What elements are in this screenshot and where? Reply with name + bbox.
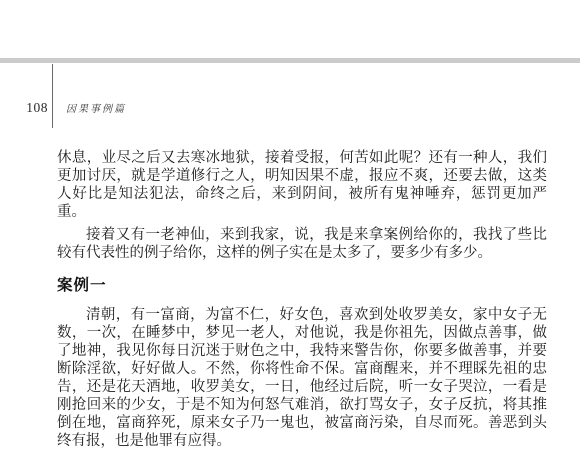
page-number: 108	[26, 100, 48, 116]
header-divider	[52, 64, 53, 128]
book-page: 108 因果事例篇 休息，业尽之后又去寒冰地狱，接着受报，何苦如此呢？还有一种人…	[0, 0, 580, 456]
page-gap-band	[0, 58, 580, 63]
section-heading: 案例一	[57, 276, 547, 296]
paragraph-continuation: 休息，业尽之后又去寒冰地狱，接着受报，何苦如此呢？还有一种人，我们更加讨厌，就是…	[57, 149, 547, 221]
paragraph-transition: 接着又有一老神仙，来到我家，说，我是来拿案例给你的，我找了些比较有代表性的例子给…	[57, 226, 547, 262]
page-body: 休息，业尽之后又去寒冰地狱，接着受报，何苦如此呢？还有一种人，我们更加讨厌，就是…	[57, 149, 547, 450]
case-story-paragraph: 清朝，有一富商，为富不仁，好女色，喜欢到处收罗美女，家中女子无数，一次，在睡梦中…	[57, 306, 547, 450]
running-title: 因果事例篇	[66, 103, 126, 116]
